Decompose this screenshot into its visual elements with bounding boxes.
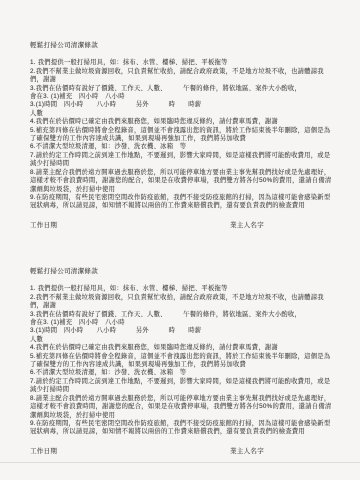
clause-pandemic: 9.在防疫期間，有些民宅密閉空間改作防疫旅館，我們不接受防疫旅館的打掃，因為這樣… bbox=[30, 194, 332, 211]
owner-name-label: 業主人名字 bbox=[230, 448, 264, 456]
clause-parking: 8.請業主配合我們於遠方開車過去服務於您，所以可能停車地方要由業主事先幫我們找好… bbox=[30, 395, 332, 420]
clause-headcount: 人數 bbox=[30, 336, 332, 344]
clause-pandemic: 9.在防疫期間，有些民宅密閉空間改作防疫旅館，我們不接受防疫旅館的打掃，因為這樣… bbox=[30, 420, 332, 437]
clause-quote-conditions: 3.我們在估價時有說好了價錢、工作天、人數、 午餐的條件，將依地區、案件大小酌收… bbox=[30, 311, 332, 319]
contract-footer: 工作日期 業主人名字 bbox=[30, 448, 332, 456]
work-date-label: 工作日期 bbox=[30, 222, 57, 230]
contract-title: 輕鬆打掃公司清潔條款 bbox=[30, 268, 332, 276]
contract-copy-1: 輕鬆打掃公司清潔條款 1. 我們提供一般打掃用具，如：抹布、水管、樓梯、掃把、平… bbox=[30, 42, 332, 230]
clause-recording: 5.補充第四條在估價時將會全程錄音，這個並不會洩露出您的資訊，將於工作結束後半年… bbox=[30, 353, 332, 370]
clause-recycling: 2.我們不幫業主做垃圾資源回收，只負責幫忙收拾，請配合政府政策，不是地方垃圾不收… bbox=[30, 294, 332, 311]
clause-large-garbage: 6.不清潔大型垃圾清運，如：沙發、洗衣機、冰箱 等 bbox=[30, 369, 332, 377]
clause-tools: 1. 我們提供一般打掃用具，如：抹布、水管、樓梯、掃把、平板拖等 bbox=[30, 285, 332, 293]
clause-punctuality: 7.請於約定工作時間之前到達工作地點，不要遲到，影響大家時間，如是這樣我們將可能… bbox=[30, 152, 332, 169]
contract-footer: 工作日期 業主人名字 bbox=[30, 222, 332, 230]
clause-quote-conditions: 3.我們在估價時有說好了價錢、工作天、人數、 午餐的條件，將依地區、案件大小酌收… bbox=[30, 85, 332, 93]
work-date-label: 工作日期 bbox=[30, 448, 57, 456]
paper-bottom-edge-line bbox=[0, 462, 360, 463]
clause-headcount: 人數 bbox=[30, 110, 332, 118]
clause-parking: 8.請業主配合我們於遠方開車過去服務於您，所以可能停車地方要由業主事先幫我們找好… bbox=[30, 169, 332, 194]
contract-copy-2: 輕鬆打掃公司清潔條款 1. 我們提供一般打掃用具，如：抹布、水管、樓梯、掃把、平… bbox=[30, 268, 332, 456]
contract-title: 輕鬆打掃公司清潔條款 bbox=[30, 42, 332, 50]
clause-breach-fee: 4.我們在於估價時已確定由我們來服務您，如果臨時您違反條約，請付費車馬費，謝謝 bbox=[30, 344, 332, 352]
clause-hours-options: 3.(1)時間 四小時 八小時 另外 時 時薪 bbox=[30, 327, 332, 335]
clause-recording: 5.補充第四條在估價時將會全程錄音，這個並不會洩露出您的資訊，將於工作結束後半年… bbox=[30, 127, 332, 144]
clause-recycling: 2.我們不幫業主做垃圾資源回收，只負責幫忙收拾，請配合政府政策，不是地方垃圾不收… bbox=[30, 68, 332, 85]
clause-hours-options: 3.(1)時間 四小時 八小時 另外 時 時薪 bbox=[30, 101, 332, 109]
scanned-cleaning-contract-page: { "page": { "background_color": "#f6f5f3… bbox=[0, 0, 360, 480]
clause-large-garbage: 6.不清潔大型垃圾清運，如：沙發、洗衣機、冰箱 等 bbox=[30, 143, 332, 151]
owner-name-label: 業主人名字 bbox=[230, 222, 264, 230]
clause-tools: 1. 我們提供一般打掃用具，如：抹布、水管、樓梯、掃把、平板拖等 bbox=[30, 59, 332, 67]
clause-breach-fee: 4.我們在於估價時已確定由我們來服務您，如果臨時您違反條約，請付費車馬費，謝謝 bbox=[30, 118, 332, 126]
clause-punctuality: 7.請於約定工作時間之前到達工作地點，不要遲到，影響大家時間，如是這樣我們將可能… bbox=[30, 378, 332, 395]
